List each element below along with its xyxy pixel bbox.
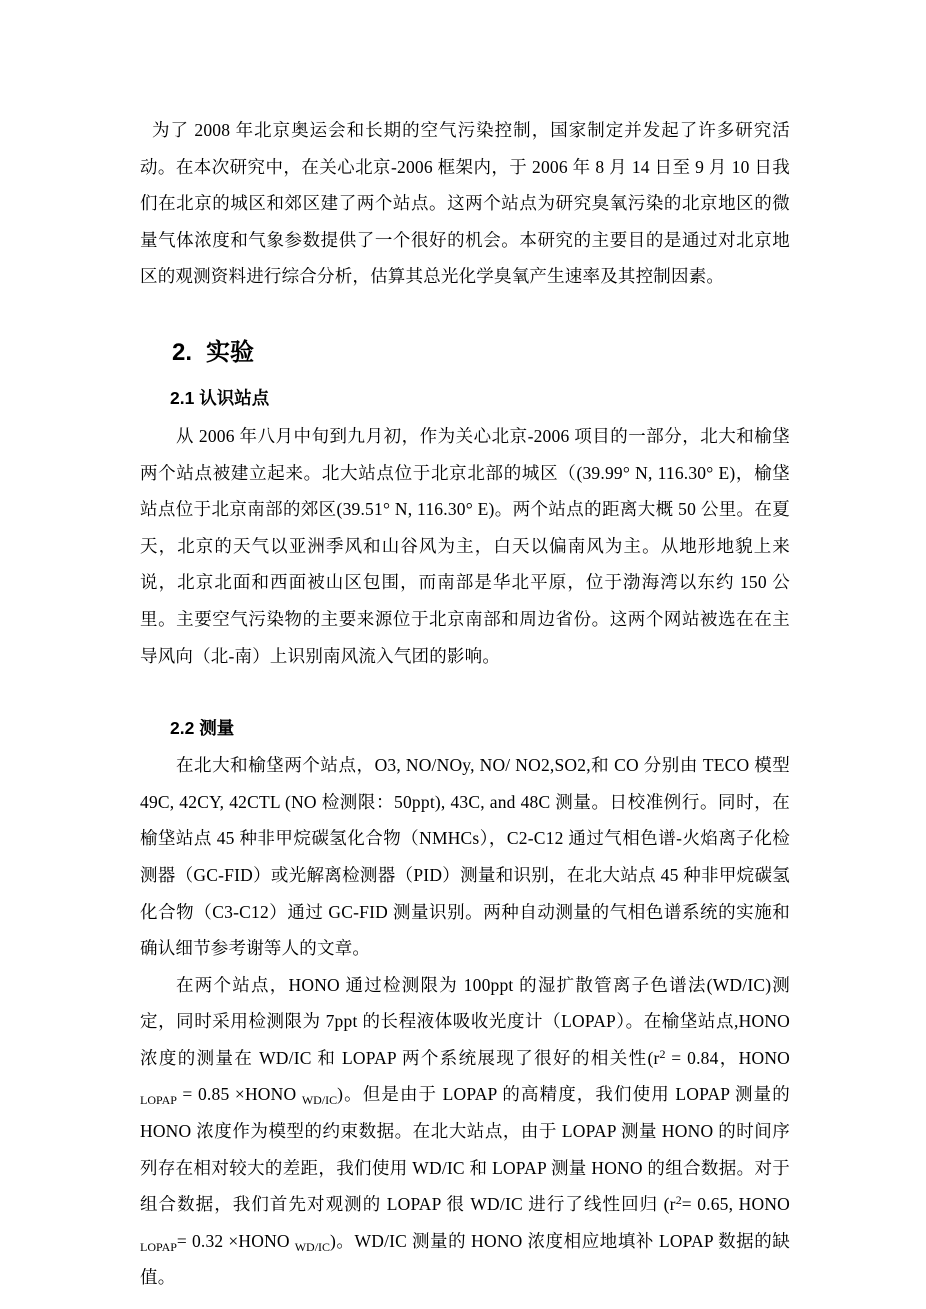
- subsection-heading-sites: 2.1 认识站点: [170, 386, 790, 410]
- intro-paragraph: 为了 2008 年北京奥运会和长期的空气污染控制，国家制定并发起了许多研究活动。…: [140, 112, 790, 295]
- document-page: 为了 2008 年北京奥运会和长期的空气污染控制，国家制定并发起了许多研究活动。…: [0, 0, 926, 1309]
- section-heading-experiment: 2.实验: [172, 336, 790, 370]
- subsection-heading-measurements: 2.2 测量: [170, 716, 790, 740]
- section-heading-number: 2.: [172, 339, 192, 366]
- sites-paragraph: 从 2006 年八月中旬到九月初，作为关心北京-2006 项目的一部分，北大和榆…: [140, 418, 790, 674]
- section-heading-title: 实验: [206, 339, 254, 366]
- hono-paragraph: 在两个站点，HONO 通过检测限为 100ppt 的湿扩散管离子色谱法(WD/I…: [140, 967, 790, 1296]
- document-content: 为了 2008 年北京奥运会和长期的空气污染控制，国家制定并发起了许多研究活动。…: [140, 0, 790, 1296]
- measurements-paragraph: 在北大和榆垡两个站点，O3, NO/NOy, NO/ NO2,SO2,和 CO …: [140, 747, 790, 967]
